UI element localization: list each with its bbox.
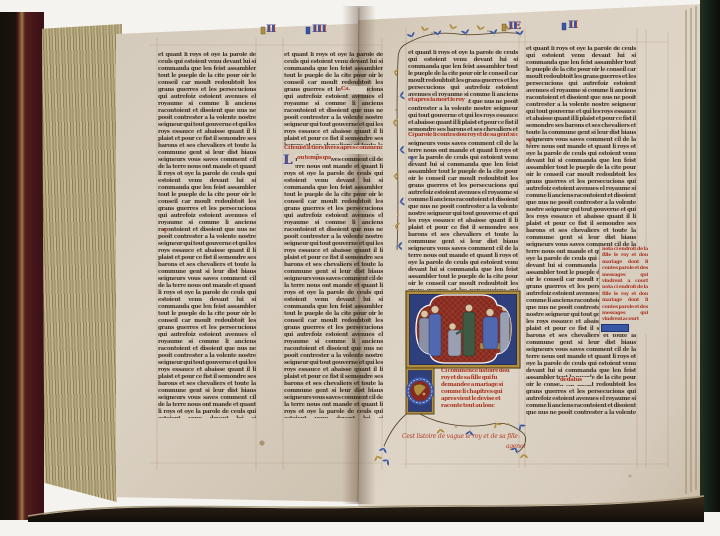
rubric-right-col1-a: et apres la mort le roy	[408, 97, 468, 105]
rubric-after-initial: ou temps que	[297, 155, 331, 163]
text-column-left-2: et quant li roys ot oye la parole de ceu…	[284, 52, 383, 418]
running-title-left-1: II	[266, 24, 275, 35]
rubric-left-column: Ci fenist li tiers livres apres commence…	[284, 145, 383, 154]
running-title-right-1: IE	[508, 21, 520, 32]
running-title-text: II	[266, 24, 275, 35]
pilcrow-mark: ¶	[528, 140, 532, 146]
running-title-text: II	[568, 20, 577, 31]
running-title-text: III	[312, 24, 326, 35]
text-column-left-1: et quant li roys ot oye la parole de ceu…	[158, 52, 256, 418]
marginal-gloss-red: nota ci endroit de la fille le roy et do…	[599, 246, 648, 334]
page-edges-right	[686, 6, 696, 494]
gloss-blue-box	[601, 324, 629, 332]
text-column-right-1: et quant li roys ot oye la parole de ceu…	[408, 50, 518, 290]
inline-red-word: dedalus	[560, 377, 592, 385]
pilcrow-mark: ¶	[163, 229, 167, 235]
parchment-stain	[629, 475, 632, 478]
margin-caption-line2: agenor	[490, 443, 526, 451]
chapter-mark-red: Ca.	[341, 86, 367, 94]
running-title-left-2: III	[312, 24, 326, 35]
decorated-initial-block	[406, 368, 434, 414]
text-column-right-2: et quant li roys ot oye la parole de ceu…	[526, 46, 636, 416]
rubric-under-miniature: Ci commence listoire dou roy et de sa fi…	[441, 368, 518, 413]
running-title-right-2: II	[568, 20, 577, 31]
pilcrow-mark: ¶	[410, 158, 414, 164]
running-title-text: IE	[508, 21, 520, 32]
rubric-right-col1-b: Ci parole li contes dou roy et de sa gen…	[408, 132, 518, 140]
manuscript-photo: II III IE II et quant li roys ot oye la …	[0, 0, 720, 536]
margin-caption-line1: Cest listoire de vague le roy et de sa f…	[402, 433, 520, 442]
pen-flourished-initial-left: L	[283, 154, 295, 170]
miniature-painting	[406, 291, 520, 368]
parchment-stain	[259, 440, 264, 445]
